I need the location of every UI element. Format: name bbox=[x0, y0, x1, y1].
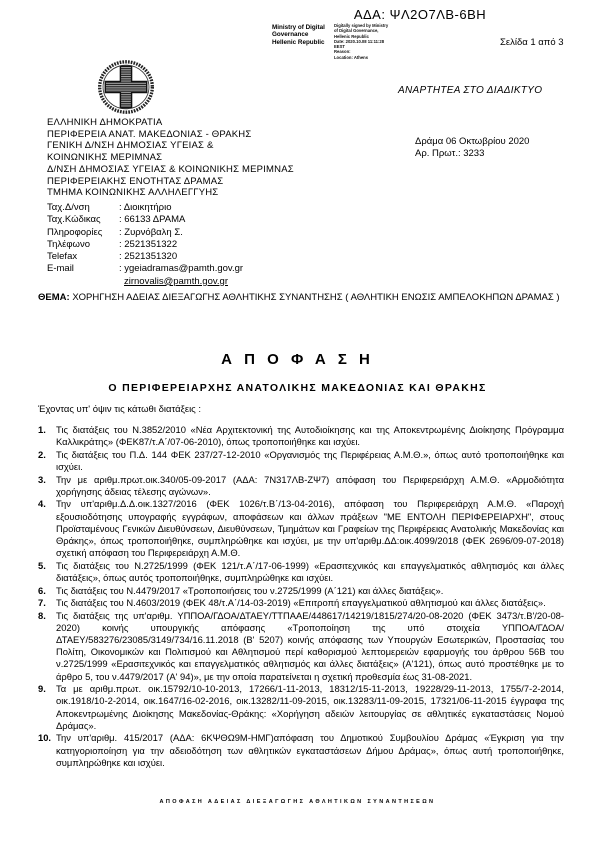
stamp-authority-line: Ministry of Digital bbox=[272, 24, 330, 31]
list-item-number: 7. bbox=[38, 597, 56, 609]
list-item-text: Τις διατάξεις του Ν.2725/1999 (ΦΕΚ 121/τ… bbox=[56, 560, 564, 584]
contact-label: Telefax bbox=[47, 251, 119, 263]
list-item: 9. Τα με αριθμ.πρωτ. οικ.15792/10-10-201… bbox=[38, 683, 564, 732]
contact-info-block: Ταχ.Δ/νση : Διοικητήριο Ταχ.Κώδικας : 66… bbox=[47, 202, 347, 288]
subject-label: ΘΕΜΑ: bbox=[38, 292, 70, 303]
list-item-number: 4. bbox=[38, 498, 56, 559]
document-footer: ΑΠΟΦΑΣΗ ΑΔΕΙΑΣ ΔΙΕΞΑΓΩΓΗΣ ΑΘΛΗΤΙΚΩΝ ΣΥΝΑ… bbox=[0, 799, 595, 805]
contact-label: Πληροφορίες bbox=[47, 227, 119, 239]
contact-row: Τηλέφωνο : 2521351322 bbox=[47, 239, 347, 251]
stamp-authority-line: Governance bbox=[272, 31, 330, 38]
contact-value: : Ζυρνόβαλη Σ. bbox=[119, 227, 347, 239]
list-item: 2. Τις διατάξεις του Π.Δ. 144 ΦΕΚ 237/27… bbox=[38, 449, 564, 473]
secondary-email-link[interactable]: zirnovalis@pamth.gov.gr bbox=[124, 276, 347, 288]
list-item-number: 6. bbox=[38, 585, 56, 597]
ada-code: ΑΔΑ: ΨΛ2Ο7ΛΒ-6ΒΗ bbox=[255, 7, 585, 22]
stamp-detail-line: Location: Athens bbox=[334, 55, 426, 60]
list-item-number: 10. bbox=[38, 732, 56, 768]
contact-value: : 66133 ΔΡΑΜΑ bbox=[119, 214, 347, 226]
list-item-text: Την υπ'αριθμ.Δ.Δ.οικ.1327/2016 (ΦΕΚ 1026… bbox=[56, 498, 564, 559]
page-number-indicator: Σελίδα 1 από 3 bbox=[500, 37, 564, 48]
contact-label: Ταχ.Κώδικας bbox=[47, 214, 119, 226]
list-item-text: Τις διατάξεις της υπ'αριθμ. ΥΠΠΟΑ/ΓΔΟΑ/Δ… bbox=[56, 610, 564, 683]
web-posting-note: ΑΝΑΡΤΗΤΕΑ ΣΤΟ ΔΙΑΔΙΚΤΥΟ bbox=[398, 85, 542, 96]
list-item-text: Τα με αριθμ.πρωτ. οικ.15792/10-10-2013, … bbox=[56, 683, 564, 732]
issuing-authority-block: ΕΛΛΗΝΙΚΗ ΔΗΜΟΚΡΑΤΙΑ ΠΕΡΙΦΕΡΕΙΑ ΑΝΑΤ. ΜΑΚ… bbox=[47, 117, 377, 199]
list-item: 7. Τις διατάξεις του Ν.4603/2019 (ΦΕΚ 48… bbox=[38, 597, 564, 609]
contact-row: E-mail : ygeiadramas@pamth.gov.gr bbox=[47, 263, 347, 275]
contact-value: : Διοικητήριο bbox=[119, 202, 347, 214]
list-item: 1. Τις διατάξεις του Ν.3852/2010 «Νέα Αρ… bbox=[38, 424, 564, 448]
contact-row: Ταχ.Δ/νση : Διοικητήριο bbox=[47, 202, 347, 214]
date-protocol-block: Δράμα 06 Οκτωβρίου 2020 Αρ. Πρωτ.: 3233 bbox=[415, 136, 529, 160]
contact-row: Πληροφορίες : Ζυρνόβαλη Σ. bbox=[47, 227, 347, 239]
list-item-text: Τις διατάξεις του Ν.3852/2010 «Νέα Αρχιτ… bbox=[56, 424, 564, 448]
list-item-number: 3. bbox=[38, 474, 56, 498]
list-item-number: 2. bbox=[38, 449, 56, 473]
agency-line: ΠΕΡΙΦΕΡΕΙΑ ΑΝΑΤ. ΜΑΚΕΔΟΝΙΑΣ - ΘΡΑΚΗΣ bbox=[47, 129, 377, 141]
list-item: 3. Την με αριθμ.πρωτ.οικ.340/05-09-2017 … bbox=[38, 474, 564, 498]
list-item: 4. Την υπ'αριθμ.Δ.Δ.οικ.1327/2016 (ΦΕΚ 1… bbox=[38, 498, 564, 559]
digital-signature-details: Digitally signed by Ministry of Digital … bbox=[334, 23, 426, 60]
agency-line: ΕΛΛΗΝΙΚΗ ΔΗΜΟΚΡΑΤΙΑ bbox=[47, 117, 377, 129]
list-item: 8. Τις διατάξεις της υπ'αριθμ. ΥΠΠΟΑ/ΓΔΟ… bbox=[38, 610, 564, 683]
contact-value: : 2521351320 bbox=[119, 251, 347, 263]
contact-row: Ταχ.Κώδικας : 66133 ΔΡΑΜΑ bbox=[47, 214, 347, 226]
contact-label: E-mail bbox=[47, 263, 119, 275]
digital-signature-stamp: Ministry of Digital Governance Hellenic … bbox=[272, 24, 330, 46]
agency-line: ΚΟΙΝΩΝΙΚΗΣ ΜΕΡΙΜΝΑΣ bbox=[47, 152, 377, 164]
contact-value: : 2521351322 bbox=[119, 239, 347, 251]
agency-line: ΓΕΝΙΚΗ Δ/ΝΣΗ ΔΗΜΟΣΙΑΣ ΥΓΕΙΑΣ & bbox=[47, 140, 377, 152]
agency-line: ΠΕΡΙΦΕΡΕΙΑΚΗΣ ΕΝΟΤΗΤΑΣ ΔΡΑΜΑΣ bbox=[47, 176, 377, 188]
legal-provisions-list: 1. Τις διατάξεις του Ν.3852/2010 «Νέα Αρ… bbox=[38, 424, 564, 769]
contact-row: Telefax : 2521351320 bbox=[47, 251, 347, 263]
list-item-number: 8. bbox=[38, 610, 56, 683]
agency-line: ΤΜΗΜΑ ΚΟΙΝΩΝΙΚΗΣ ΑΛΛΗΛΕΓΓΥΗΣ bbox=[47, 187, 377, 199]
city-date: Δράμα 06 Οκτωβρίου 2020 bbox=[415, 136, 529, 148]
subject-line: ΘΕΜΑ: ΧΟΡΗΓΗΣΗ ΑΔΕΙΑΣ ΔΙΕΞΑΓΩΓΗΣ ΑΘΛΗΤΙΚ… bbox=[38, 292, 562, 304]
document-page: ΑΔΑ: ΨΛ2Ο7ΛΒ-6ΒΗ Ministry of Digital Gov… bbox=[0, 0, 595, 842]
decision-subtitle: Ο ΠΕΡΙΦΕΡΕΙΑΡΧΗΣ ΑΝΑΤΟΛΙΚΗΣ ΜΑΚΕΔΟΝΙΑΣ Κ… bbox=[0, 382, 595, 394]
decision-title: Α Π Ο Φ Α Σ Η bbox=[0, 351, 595, 368]
decision-intro: Έχοντας υπ' όψιν τις κάτωθι διατάξεις : bbox=[38, 404, 562, 415]
list-item: 5. Τις διατάξεις του Ν.2725/1999 (ΦΕΚ 12… bbox=[38, 560, 564, 584]
list-item: 6. Τις διατάξεις του Ν.4479/2017 «Τροποπ… bbox=[38, 585, 564, 597]
subject-text: ΧΟΡΗΓΗΣΗ ΑΔΕΙΑΣ ΔΙΕΞΑΓΩΓΗΣ ΑΘΛΗΤΙΚΗΣ ΣΥΝ… bbox=[72, 292, 559, 303]
contact-label: Ταχ.Δ/νση bbox=[47, 202, 119, 214]
list-item-text: Τις διατάξεις του Ν.4603/2019 (ΦΕΚ 48/τ.… bbox=[56, 597, 564, 609]
stamp-authority-line: Hellenic Republic bbox=[272, 39, 330, 46]
greek-coat-of-arms-icon bbox=[90, 59, 162, 115]
agency-line: Δ/ΝΣΗ ΔΗΜΟΣΙΑΣ ΥΓΕΙΑΣ & ΚΟΙΝΩΝΙΚΗΣ ΜΕΡΙΜ… bbox=[47, 164, 377, 176]
contact-label: Τηλέφωνο bbox=[47, 239, 119, 251]
list-item-number: 1. bbox=[38, 424, 56, 448]
primary-email: : ygeiadramas@pamth.gov.gr bbox=[119, 263, 347, 275]
list-item-text: Τις διατάξεις του Π.Δ. 144 ΦΕΚ 237/27-12… bbox=[56, 449, 564, 473]
list-item-text: Τις διατάξεις του Ν.4479/2017 «Τροποποιή… bbox=[56, 585, 564, 597]
list-item: 10. Την υπ'αριθμ. 415/2017 (ΑΔΑ: 6ΚΨΘΩ9Μ… bbox=[38, 732, 564, 768]
list-item-number: 5. bbox=[38, 560, 56, 584]
list-item-text: Την με αριθμ.πρωτ.οικ.340/05-09-2017 (ΑΔ… bbox=[56, 474, 564, 498]
list-item-text: Την υπ'αριθμ. 415/2017 (ΑΔΑ: 6ΚΨΘΩ9Μ-ΗΜΓ… bbox=[56, 732, 564, 768]
list-item-number: 9. bbox=[38, 683, 56, 732]
protocol-number: Αρ. Πρωτ.: 3233 bbox=[415, 148, 529, 160]
